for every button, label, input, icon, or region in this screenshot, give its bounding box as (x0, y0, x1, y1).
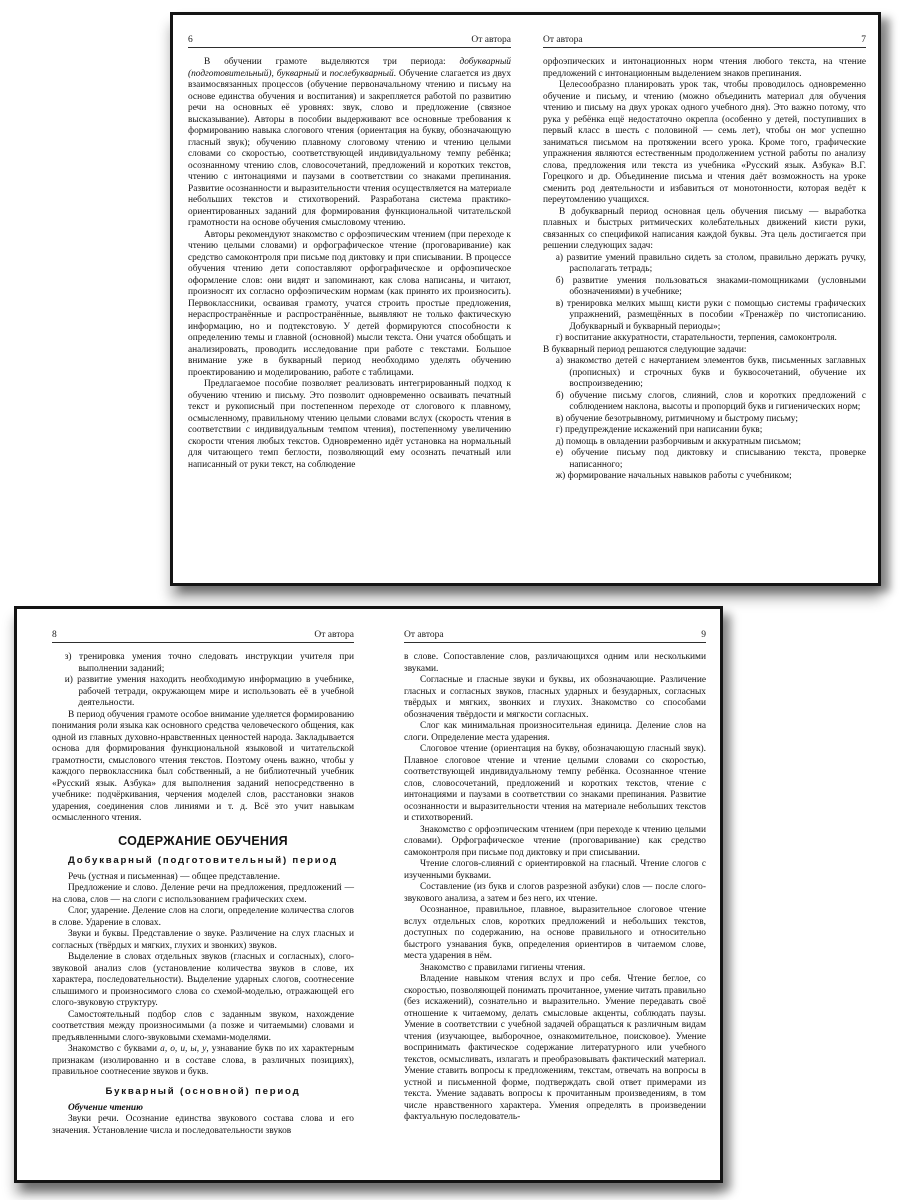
paragraph: В обучении грамоте выделяются три период… (188, 57, 511, 230)
paragraph-continuation: В букварный период решаются следующие за… (543, 345, 866, 357)
subsection-heading: Обучение чтению (52, 1103, 354, 1115)
list-item: а) развитие умений правильно сидеть за с… (569, 253, 866, 276)
paragraph: Слоговое чтение (ориентация на букву, об… (404, 744, 706, 825)
paragraph: Составление (из букв и слогов разрезной … (404, 882, 706, 905)
page-header: 6От автора (188, 35, 511, 48)
header-right: 7 (861, 35, 866, 45)
list-item: г) воспитание аккуратности, старательнос… (569, 333, 866, 345)
list-item: и) развитие умения находить необходимую … (78, 675, 354, 710)
screenshot-canvas: 6От автораВ обучении грамоте выделяются … (0, 0, 900, 1200)
list-item: в) обучение безотрывному, ритмичному и б… (569, 414, 866, 426)
paragraph: Выделение в словах отдельных звуков (гла… (52, 952, 354, 1010)
paragraph: В период обучения грамоте особое внимани… (52, 710, 354, 825)
list-item: г) предупреждение искажений при написани… (569, 425, 866, 437)
list-item: е) обучение письму под диктовку и списыв… (569, 448, 866, 471)
paragraph: Речь (устная и письменная) — общее предс… (52, 872, 354, 884)
header-right: От автора (314, 630, 354, 640)
header-right: От автора (471, 35, 511, 45)
list-item: ж) формирование начальных навыков работы… (569, 471, 866, 483)
list-item: д) помощь в овладении разборчивым и акку… (569, 437, 866, 449)
period-heading: Букварный (основной) период (52, 1086, 354, 1098)
paragraph: Предлагаемое пособие позволяет реализова… (188, 379, 511, 471)
paragraph: Согласные и гласные звуки и буквы, их об… (404, 675, 706, 721)
paragraph: Авторы рекомендуют знакомство с орфоэпич… (188, 230, 511, 380)
list-item: б) развитие умения пользоваться знаками-… (569, 276, 866, 299)
paragraph: Слог, ударение. Деление слов на слоги, о… (52, 906, 354, 929)
paragraph: В добукварный период основная цель обуче… (543, 207, 866, 253)
book-spread-top: 6От автораВ обучении грамоте выделяются … (170, 12, 881, 586)
period-heading: Добукварный (подготовительный) период (52, 855, 354, 867)
page-header: 8От автора (52, 630, 354, 643)
book-spread-bottom: 8От автораз) тренировка умения точно сле… (14, 606, 723, 1183)
book-page-7: От автора7орфоэпических и интонационных … (521, 15, 878, 583)
list-item: а) знакомство детей с начертанием элемен… (569, 356, 866, 391)
book-page-6: 6От автораВ обучении грамоте выделяются … (173, 15, 521, 583)
list-item: з) тренировка умения точно следовать инс… (78, 652, 354, 675)
section-heading: СОДЕРЖАНИЕ ОБУЧЕНИЯ (52, 834, 354, 848)
page-header: От автора7 (543, 35, 866, 48)
page-header: От автора9 (404, 630, 706, 643)
paragraph: Слог как минимальная произносительная ед… (404, 721, 706, 744)
paragraph-continuation: орфоэпических и интонационных норм чтени… (543, 57, 866, 80)
paragraph: Знакомство с буквами а, о, и, ы, у, узна… (52, 1044, 354, 1079)
paragraph: Самостоятельный подбор слов с заданным з… (52, 1010, 354, 1045)
header-left: 6 (188, 35, 193, 45)
list-item: в) тренировка мелких мышц кисти руки с п… (569, 299, 866, 334)
book-page-9: От автора9в слове. Сопоставление слов, р… (366, 609, 720, 1180)
paragraph: Осознанное, правильное, плавное, выразит… (404, 905, 706, 963)
paragraph: Целесообразно планировать урок так, чтоб… (543, 80, 866, 207)
header-left: От автора (543, 35, 583, 45)
paragraph: Владение навыком чтения вслух и про себя… (404, 974, 706, 1124)
paragraph: Чтение слогов-слияний с ориентировкой на… (404, 859, 706, 882)
book-page-8: 8От автораз) тренировка умения точно сле… (17, 609, 366, 1180)
paragraph: Знакомство с правилами гигиены чтения. (404, 963, 706, 975)
header-right: 9 (701, 630, 706, 640)
paragraph-continuation: в слове. Сопоставление слов, различающих… (404, 652, 706, 675)
paragraph: Предложение и слово. Деление речи на пре… (52, 883, 354, 906)
paragraph: Знакомство с орфоэпическим чтением (при … (404, 825, 706, 860)
header-left: От автора (404, 630, 444, 640)
header-left: 8 (52, 630, 57, 640)
paragraph: Звуки и буквы. Представление о звуке. Ра… (52, 929, 354, 952)
list-item: б) обучение письму слогов, слияний, слов… (569, 391, 866, 414)
paragraph: Звуки речи. Осознание единства звукового… (52, 1114, 354, 1137)
